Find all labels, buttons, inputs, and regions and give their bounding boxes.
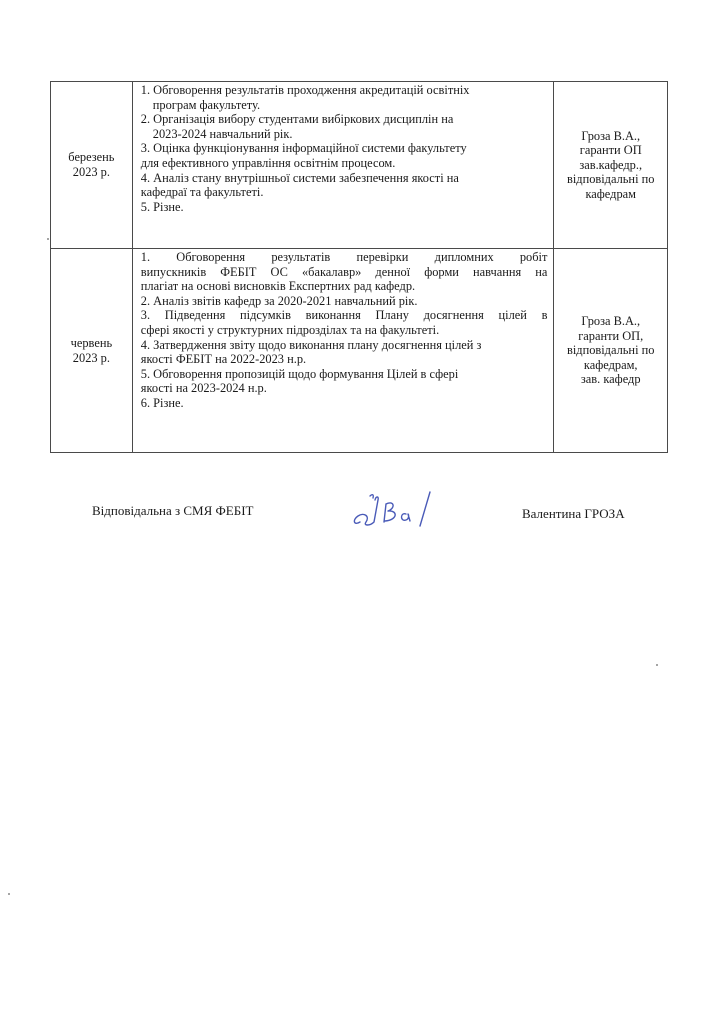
- handwritten-signature: [348, 486, 438, 531]
- scan-speck: [656, 664, 658, 666]
- topic-line: програм факультету.: [141, 98, 548, 113]
- topic-line: 1. Обговорення результатів перевірки дип…: [141, 250, 548, 265]
- topic-line: 5. Обговорення пропозицій щодо формуванн…: [141, 367, 548, 382]
- topic-line: 2. Організація вибору студентами вибірко…: [141, 112, 548, 127]
- scan-speck: [47, 238, 49, 240]
- topics-cell: 1. Обговорення результатів проходження а…: [132, 82, 554, 249]
- scan-speck: [8, 893, 10, 895]
- topics-cell: 1. Обговорення результатів перевірки дип…: [132, 249, 554, 453]
- meeting-plan-table: березень 2023 р. 1. Обговорення результа…: [50, 81, 668, 453]
- topic-line: кафедраї та факультеті.: [141, 185, 548, 200]
- responsible-person-name: Валентина ГРОЗА: [522, 506, 625, 522]
- responsible-cell: Гроза В.А., гаранти ОП зав.кафедр., відп…: [554, 82, 668, 249]
- table-row: червень 2023 р. 1. Обговорення результат…: [51, 249, 668, 453]
- topic-line: 1. Обговорення результатів проходження а…: [141, 83, 548, 98]
- date-cell: березень 2023 р.: [51, 82, 133, 249]
- date-cell: червень 2023 р.: [51, 249, 133, 453]
- topic-line: 3. Оцінка функціонування інформаційної с…: [141, 141, 548, 156]
- topic-line: 6. Різне.: [141, 396, 548, 411]
- topic-line: 5. Різне.: [141, 200, 548, 215]
- topic-line: 2. Аналіз звітів кафедр за 2020-2021 нав…: [141, 294, 548, 309]
- topic-line: плагіат на основі висновків Експертних р…: [141, 279, 548, 294]
- table-row: березень 2023 р. 1. Обговорення результа…: [51, 82, 668, 249]
- topics-list: 1. Обговорення результатів проходження а…: [141, 83, 548, 214]
- topic-line: для ефективного управління освітнім проц…: [141, 156, 548, 171]
- topic-line: 4. Аналіз стану внутрішньої системи забе…: [141, 171, 548, 186]
- responsible-cell: Гроза В.А., гаранти ОП, відповідальні по…: [554, 249, 668, 453]
- topic-line: якості на 2023-2024 н.р.: [141, 381, 548, 396]
- topic-line: 3. Підведення підсумків виконання Плану …: [141, 308, 548, 323]
- topics-list: 1. Обговорення результатів перевірки дип…: [141, 250, 548, 411]
- responsible-person-label: Відповідальна з СМЯ ФЕБІТ: [92, 503, 253, 519]
- topic-line: випускників ФЕБІТ ОС «бакалавр» денної ф…: [141, 265, 548, 280]
- topic-line: 2023-2024 навчальний рік.: [141, 127, 548, 142]
- topic-line: 4. Затвердження звіту щодо виконання пла…: [141, 338, 548, 353]
- topic-line: якості ФЕБІТ на 2022-2023 н.р.: [141, 352, 548, 367]
- topic-line: сфері якості у структурних підрозділах т…: [141, 323, 548, 338]
